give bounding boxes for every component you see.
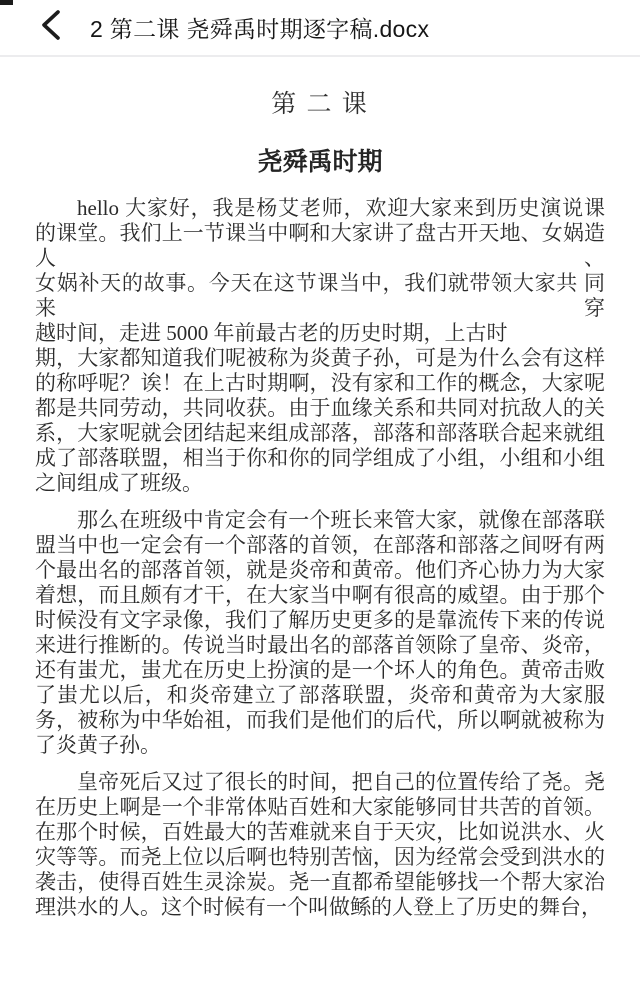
paragraph: 皇帝死后又过了很长的时间，把自己的位置传给了尧。尧在历史上啊是一个非常体贴百姓和… <box>35 770 605 920</box>
chevron-left-icon <box>40 8 62 47</box>
text-line: 盟当中也一定会有一个部落的首领，在部落和部落之间呀有两 <box>35 533 605 558</box>
text-line: 都是共同劳动，共同收获。由于血缘关系和共同对抗敌人的关 <box>35 396 605 421</box>
text-line: 女娲补天的故事。今天在这节课当中，我们就带领大家共 同来穿 <box>35 271 605 321</box>
back-button[interactable] <box>38 11 64 45</box>
text-line: 成了部落联盟，相当于你和你的同学组成了小组，小组和小组 <box>35 446 605 471</box>
app-window: 2 第二课 尧舜禹时期逐字稿.docx 第 二 课 尧舜禹时期 hello 大家… <box>0 0 640 981</box>
document-scroll-area[interactable]: 第 二 课 尧舜禹时期 hello 大家好，我是杨艾老师，欢迎大家来到历史演说课… <box>0 57 640 981</box>
document-body: hello 大家好，我是杨艾老师，欢迎大家来到历史演说课的课堂。我们上一节课当中… <box>35 196 605 920</box>
text-line: 了炎黄子孙。 <box>35 733 605 758</box>
text-line: 理洪水的人。这个时候有一个叫做鲧的人登上了历史的舞台， <box>35 895 605 920</box>
text-line: 袭击，使得百姓生灵涂炭。尧一直都希望能够找一个帮大家治 <box>35 870 605 895</box>
text-line: 务，被称为中华始祖，而我们是他们的后代，所以啊就被称为 <box>35 708 605 733</box>
lesson-title-heading: 尧舜禹时期 <box>35 142 605 178</box>
text-line: 了蚩尤以后，和炎帝建立了部落联盟，炎帝和黄帝为大家服 <box>35 683 605 708</box>
text-line: 之间组成了班级。 <box>35 471 605 496</box>
screen-corner-artifact <box>0 0 13 5</box>
document-filename-title: 2 第二课 尧舜禹时期逐字稿.docx <box>90 11 429 44</box>
text-line: 期，大家都知道我们呢被称为炎黄子孙，可是为什么会有这样 <box>35 346 605 371</box>
text-line: 在那个时候，百姓最大的苦难就来自于天灾，比如说洪水、火 <box>35 820 605 845</box>
text-line: 系，大家呢就会团结起来组成部落，部落和部落联合起来就组 <box>35 421 605 446</box>
text-line: 时候没有文字录像，我们了解历史更多的是靠流传下来的传说 <box>35 608 605 633</box>
text-line: 的称呼呢？诶！在上古时期啊，没有家和工作的概念，大家呢 <box>35 371 605 396</box>
text-line: 个最出名的部落首领，就是炎帝和黄帝。他们齐心协力为大家 <box>35 558 605 583</box>
text-line: 的课堂。我们上一节课当中啊和大家讲了盘古开天地、女娲造 人、 <box>35 221 605 271</box>
text-line: 越时间，走进 5000 年前最古老的历史时期，上古时 <box>35 321 605 346</box>
document-page: 第 二 课 尧舜禹时期 hello 大家好，我是杨艾老师，欢迎大家来到历史演说课… <box>0 57 640 920</box>
paragraph: 那么在班级中肯定会有一个班长来管大家，就像在部落联盟当中也一定会有一个部落的首领… <box>35 508 605 758</box>
text-line: 皇帝死后又过了很长的时间，把自己的位置传给了尧。尧 <box>35 770 605 795</box>
text-line: 来进行推断的。传说当时最出名的部落首领除了皇帝、炎帝， <box>35 633 605 658</box>
text-line: 着想，而且颇有才干，在大家当中啊有很高的威望。由于那个 <box>35 583 605 608</box>
text-line: 那么在班级中肯定会有一个班长来管大家，就像在部落联 <box>35 508 605 533</box>
header-bar: 2 第二课 尧舜禹时期逐字稿.docx <box>0 0 640 57</box>
lesson-number-heading: 第 二 课 <box>35 84 605 120</box>
text-line: 在历史上啊是一个非常体贴百姓和大家能够同甘共苦的首领。 <box>35 795 605 820</box>
paragraph: hello 大家好，我是杨艾老师，欢迎大家来到历史演说课的课堂。我们上一节课当中… <box>35 196 605 496</box>
text-line: hello 大家好，我是杨艾老师，欢迎大家来到历史演说课 <box>35 196 605 221</box>
text-line: 灾等等。而尧上位以后啊也特别苦恼，因为经常会受到洪水的 <box>35 845 605 870</box>
text-line: 还有蚩尤，蚩尤在历史上扮演的是一个坏人的角色。黄帝击败 <box>35 658 605 683</box>
